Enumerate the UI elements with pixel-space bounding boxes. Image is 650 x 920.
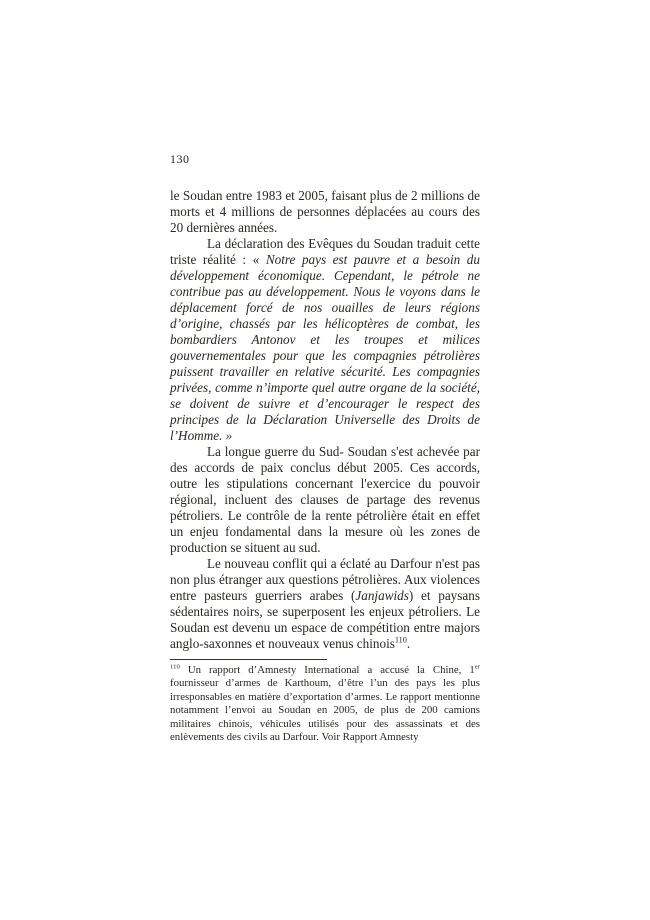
- paragraph: Le nouveau conflit qui a éclaté au Darfo…: [170, 556, 480, 652]
- paragraph: La déclaration des Evêques du Soudan tra…: [170, 236, 480, 444]
- text-segment: 110: [395, 636, 407, 645]
- text-segment: Janjawids: [355, 588, 408, 603]
- body-text: le Soudan entre 1983 et 2005, faisant pl…: [170, 188, 480, 652]
- text-segment: le Soudan entre 1983 et 2005, faisant pl…: [170, 188, 480, 235]
- paragraph: le Soudan entre 1983 et 2005, faisant pl…: [170, 188, 480, 236]
- page-number: 130: [170, 153, 480, 165]
- footnote-separator: [170, 659, 327, 660]
- footnote: 110 Un rapport d’Amnesty International a…: [170, 664, 480, 744]
- text-segment: La longue guerre du Sud- Soudan s'est ac…: [170, 444, 480, 555]
- text-segment: .: [407, 636, 410, 651]
- document-page: 130 le Soudan entre 1983 et 2005, faisan…: [0, 0, 650, 920]
- text-segment: Notre pays est pauvre et a besoin du dév…: [170, 252, 480, 443]
- paragraph: La longue guerre du Sud- Soudan s'est ac…: [170, 444, 480, 556]
- page-content: 130 le Soudan entre 1983 et 2005, faisan…: [170, 153, 480, 744]
- text-segment: er: [475, 663, 480, 670]
- text-segment: Un rapport d’Amnesty International a acc…: [180, 664, 475, 676]
- text-segment: fournisseur d’armes de Karthoum, d’être …: [170, 677, 480, 743]
- text-segment: 110: [170, 663, 180, 670]
